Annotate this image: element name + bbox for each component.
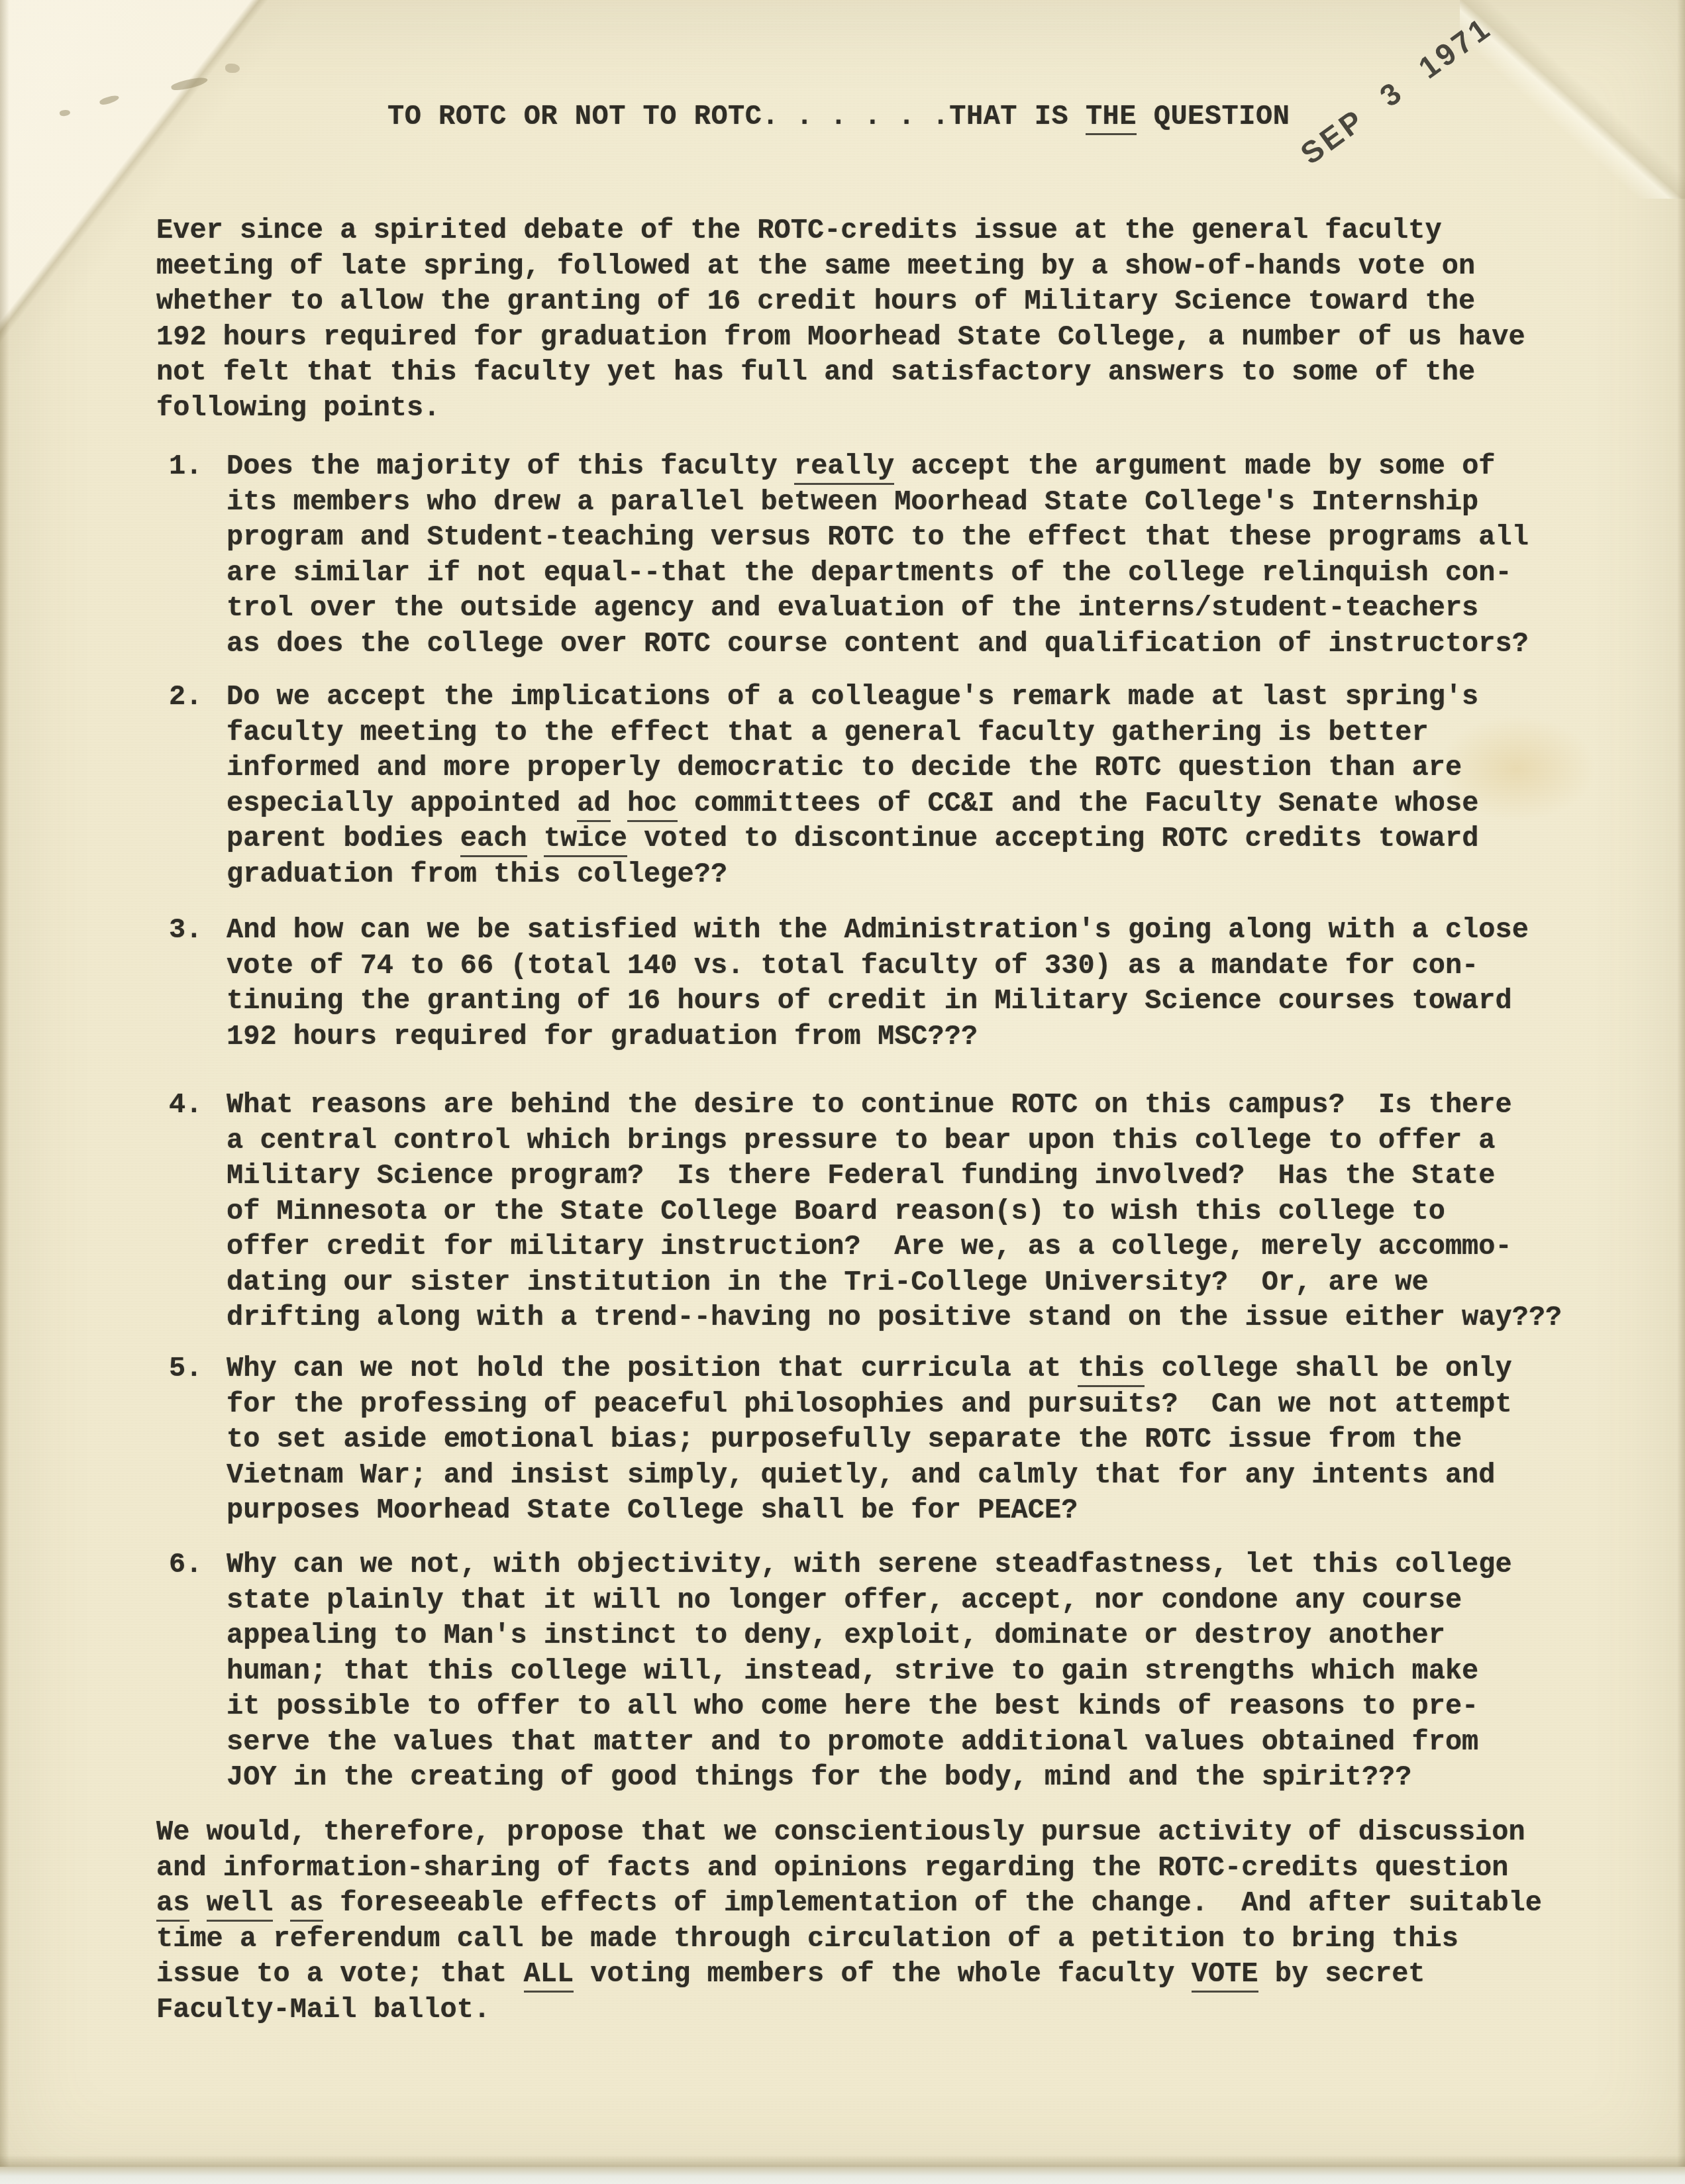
text-segment: and information-sharing of facts and opi… [156, 1852, 1509, 1884]
underlined-text: ad [577, 788, 610, 822]
text-segment: are similar if not equal--that the depar… [227, 557, 1512, 589]
text-line: it possible to offer to all who come her… [227, 1689, 1512, 1725]
text-segment: especially appointed [227, 788, 577, 819]
text-segment: serve the values that matter and to prom… [227, 1726, 1478, 1758]
text-line: And how can we be satisfied with the Adm… [227, 913, 1529, 949]
text-segment: Why can we not hold the position that cu… [227, 1353, 1078, 1384]
underlined-text: VOTE [1192, 1958, 1258, 1993]
text-line: time a referendum call be made through c… [156, 1922, 1542, 1957]
underlined-text: as [290, 1887, 323, 1922]
document-page: SEP 3 1971 TO ROTC OR NOT TO ROTC. . . .… [0, 0, 1685, 2184]
item-number: 3. [169, 913, 227, 1055]
paper-crease-topright [1460, 0, 1685, 199]
text-segment: tinuing the granting of 16 hours of cred… [227, 985, 1512, 1017]
text-line: for the professing of peaceful philosoph… [227, 1387, 1512, 1423]
text-line: Faculty-Mail ballot. [156, 1993, 1542, 2028]
underlined-text: this [1078, 1353, 1145, 1387]
text-segment: What reasons are behind the desire to co… [227, 1089, 1512, 1121]
text-segment: not felt that this faculty yet has full … [156, 356, 1475, 388]
text-line: dating our sister institution in the Tri… [227, 1265, 1562, 1301]
text-segment: of Minnesota or the State College Board … [227, 1196, 1445, 1227]
underlined-text: ALL [524, 1958, 574, 1993]
text-segment: its members who drew a parallel between … [227, 486, 1478, 518]
text-segment: We would, therefore, propose that we con… [156, 1816, 1525, 1848]
text-segment: accept the argument made by some of [894, 450, 1495, 482]
text-line: issue to a vote; that ALL voting members… [156, 1957, 1542, 1993]
text-segment: Do we accept the implications of a colle… [227, 681, 1478, 713]
text-line: purposes Moorhead State College shall be… [227, 1493, 1512, 1529]
text-segment: it possible to offer to all who come her… [227, 1690, 1478, 1722]
item-text: Why can we not, with objectivity, with s… [227, 1547, 1512, 1796]
underlined-text: well [207, 1887, 274, 1922]
text-line: Vietnam War; and insist simply, quietly,… [227, 1458, 1512, 1494]
text-line: as does the college over ROTC course con… [227, 627, 1529, 662]
text-segment: trol over the outside agency and evaluat… [227, 592, 1478, 624]
paper-edge-bottom-shadow [0, 2155, 1685, 2167]
text-segment: issue to a vote; that [156, 1958, 524, 1990]
text-segment: Does the majority of this faculty [227, 450, 794, 482]
text-line: parent bodies each twice voted to discon… [227, 821, 1478, 857]
text-line: What reasons are behind the desire to co… [227, 1088, 1562, 1123]
paper-tear-speck [99, 94, 120, 107]
text-segment: 192 hours required for graduation from M… [156, 321, 1525, 353]
text-line: of Minnesota or the State College Board … [227, 1194, 1562, 1230]
text-segment: faculty meeting to the effect that a gen… [227, 717, 1429, 749]
question-item-3: 3. And how can we be satisfied with the … [169, 913, 1529, 1055]
text-segment: meeting of late spring, followed at the … [156, 250, 1475, 282]
underlined-text: THE [1086, 101, 1137, 135]
text-line: Do we accept the implications of a colle… [227, 680, 1478, 715]
text-segment: vote of 74 to 66 (total 140 vs. total fa… [227, 950, 1478, 982]
text-line: Ever since a spirited debate of the ROTC… [156, 213, 1525, 249]
text-segment: human; that this college will, instead, … [227, 1655, 1478, 1687]
underlined-text: as [156, 1887, 189, 1922]
text-line: Why can we not, with objectivity, with s… [227, 1547, 1512, 1583]
underlined-text: hoc [627, 788, 678, 822]
text-line: Does the majority of this faculty really… [227, 449, 1529, 485]
text-segment: offer credit for military instruction? A… [227, 1231, 1512, 1263]
text-line: especially appointed ad hoc committees o… [227, 786, 1478, 822]
text-line: tinuing the granting of 16 hours of cred… [227, 984, 1529, 1019]
item-text: And how can we be satisfied with the Adm… [227, 913, 1529, 1055]
text-segment: by secret [1258, 1958, 1425, 1990]
scan-bottom-strip [0, 2167, 1685, 2184]
text-segment: appealing to Man's instinct to deny, exp… [227, 1620, 1445, 1651]
text-segment: And how can we be satisfied with the Adm… [227, 914, 1529, 946]
text-line: faculty meeting to the effect that a gen… [227, 715, 1478, 751]
text-line: informed and more properly democratic to… [227, 751, 1478, 786]
text-line: following points. [156, 391, 1525, 427]
item-number: 1. [169, 449, 227, 662]
text-segment [611, 788, 627, 819]
text-line: 192 hours required for graduation from M… [156, 320, 1525, 356]
text-segment [527, 823, 544, 855]
text-segment: following points. [156, 392, 440, 424]
text-line: whether to allow the granting of 16 cred… [156, 284, 1525, 320]
text-line: to set aside emotional bias; purposefull… [227, 1422, 1512, 1458]
intro-paragraph: Ever since a spirited debate of the ROTC… [156, 213, 1525, 426]
text-line: human; that this college will, instead, … [227, 1654, 1512, 1690]
text-line: vote of 74 to 66 (total 140 vs. total fa… [227, 949, 1529, 984]
item-number: 2. [169, 680, 227, 892]
question-item-5: 5. Why can we not hold the position that… [169, 1351, 1512, 1529]
text-segment: state plainly that it will no longer off… [227, 1585, 1462, 1616]
item-number: 6. [169, 1547, 227, 1796]
paper-tear-speck [59, 109, 70, 117]
text-line: Why can we not hold the position that cu… [227, 1351, 1512, 1387]
text-segment: drifting along with a trend--having no p… [227, 1302, 1562, 1333]
page-title: TO ROTC OR NOT TO ROTC. . . . . .THAT IS… [387, 99, 1290, 135]
text-segment: Why can we not, with objectivity, with s… [227, 1549, 1512, 1581]
text-line: trol over the outside agency and evaluat… [227, 591, 1529, 627]
text-segment [189, 1887, 206, 1919]
item-text: Does the majority of this faculty really… [227, 449, 1529, 662]
text-line: its members who drew a parallel between … [227, 485, 1529, 521]
text-line: not felt that this faculty yet has full … [156, 355, 1525, 391]
paper-edge-right [1677, 0, 1685, 2184]
underlined-text: twice [544, 823, 627, 857]
text-segment: voted to discontinue accepting ROTC cred… [627, 823, 1478, 855]
text-line: offer credit for military instruction? A… [227, 1229, 1562, 1265]
text-line: are similar if not equal--that the depar… [227, 556, 1529, 592]
paper-tear-speck [170, 75, 208, 92]
date-stamp: SEP 3 1971 [1294, 9, 1498, 172]
text-line: graduation from this college?? [227, 857, 1478, 893]
text-segment: whether to allow the granting of 16 cred… [156, 286, 1475, 317]
text-segment: Military Science program? Is there Feder… [227, 1160, 1496, 1192]
text-segment: purposes Moorhead State College shall be… [227, 1494, 1078, 1526]
item-number: 5. [169, 1351, 227, 1529]
text-line: meeting of late spring, followed at the … [156, 249, 1525, 285]
text-line: program and Student-teaching versus ROTC… [227, 520, 1529, 556]
text-segment [273, 1887, 289, 1919]
text-segment: committees of CC&I and the Faculty Senat… [678, 788, 1479, 819]
text-line: and information-sharing of facts and opi… [156, 1851, 1542, 1887]
text-segment: dating our sister institution in the Tri… [227, 1267, 1429, 1298]
text-segment: as does the college over ROTC course con… [227, 628, 1529, 660]
closing-paragraph: We would, therefore, propose that we con… [156, 1815, 1542, 2028]
text-segment: to set aside emotional bias; purposefull… [227, 1424, 1462, 1455]
text-segment: parent bodies [227, 823, 460, 855]
text-segment: informed and more properly democratic to… [227, 752, 1462, 784]
text-segment: college shall be only [1145, 1353, 1512, 1384]
text-segment: graduation from this college?? [227, 858, 727, 890]
text-segment: voting members of the whole faculty [574, 1958, 1192, 1990]
text-segment: time a referendum call be made through c… [156, 1923, 1458, 1955]
text-segment: a central control which brings pressure … [227, 1125, 1496, 1157]
text-segment: for the professing of peaceful philosoph… [227, 1388, 1512, 1420]
text-line: serve the values that matter and to prom… [227, 1725, 1512, 1761]
item-text: Do we accept the implications of a colle… [227, 680, 1478, 892]
question-item-6: 6. Why can we not, with objectivity, wit… [169, 1547, 1512, 1796]
text-segment: Vietnam War; and insist simply, quietly,… [227, 1459, 1496, 1491]
paper-edge-left [0, 0, 9, 2184]
question-item-1: 1. Does the majority of this faculty rea… [169, 449, 1529, 662]
text-segment: Ever since a spirited debate of the ROTC… [156, 215, 1442, 246]
text-segment: Faculty-Mail ballot. [156, 1994, 490, 2026]
item-text: What reasons are behind the desire to co… [227, 1088, 1562, 1336]
text-line: JOY in the creating of good things for t… [227, 1760, 1512, 1796]
underlined-text: each [460, 823, 527, 857]
text-line: state plainly that it will no longer off… [227, 1583, 1512, 1619]
item-number: 4. [169, 1088, 227, 1336]
text-segment: foreseeable effects of implementation of… [323, 1887, 1542, 1919]
question-item-4: 4. What reasons are behind the desire to… [169, 1088, 1562, 1336]
item-text: Why can we not hold the position that cu… [227, 1351, 1512, 1529]
text-line: 192 hours required for graduation from M… [227, 1019, 1529, 1055]
text-segment: 192 hours required for graduation from M… [227, 1021, 978, 1053]
text-line: We would, therefore, propose that we con… [156, 1815, 1542, 1851]
text-line: Military Science program? Is there Feder… [227, 1159, 1562, 1194]
text-segment: JOY in the creating of good things for t… [227, 1761, 1412, 1793]
text-line: appealing to Man's instinct to deny, exp… [227, 1618, 1512, 1654]
underlined-text: really [794, 450, 894, 485]
text-line: drifting along with a trend--having no p… [227, 1300, 1562, 1336]
text-line: as well as foreseeable effects of implem… [156, 1886, 1542, 1922]
text-segment: program and Student-teaching versus ROTC… [227, 521, 1529, 553]
text-segment: QUESTION [1137, 101, 1290, 132]
question-item-2: 2. Do we accept the implications of a co… [169, 680, 1478, 892]
paper-tear-speck [225, 64, 240, 73]
text-line: a central control which brings pressure … [227, 1123, 1562, 1159]
text-segment: TO ROTC OR NOT TO ROTC. . . . . .THAT IS [387, 101, 1086, 132]
